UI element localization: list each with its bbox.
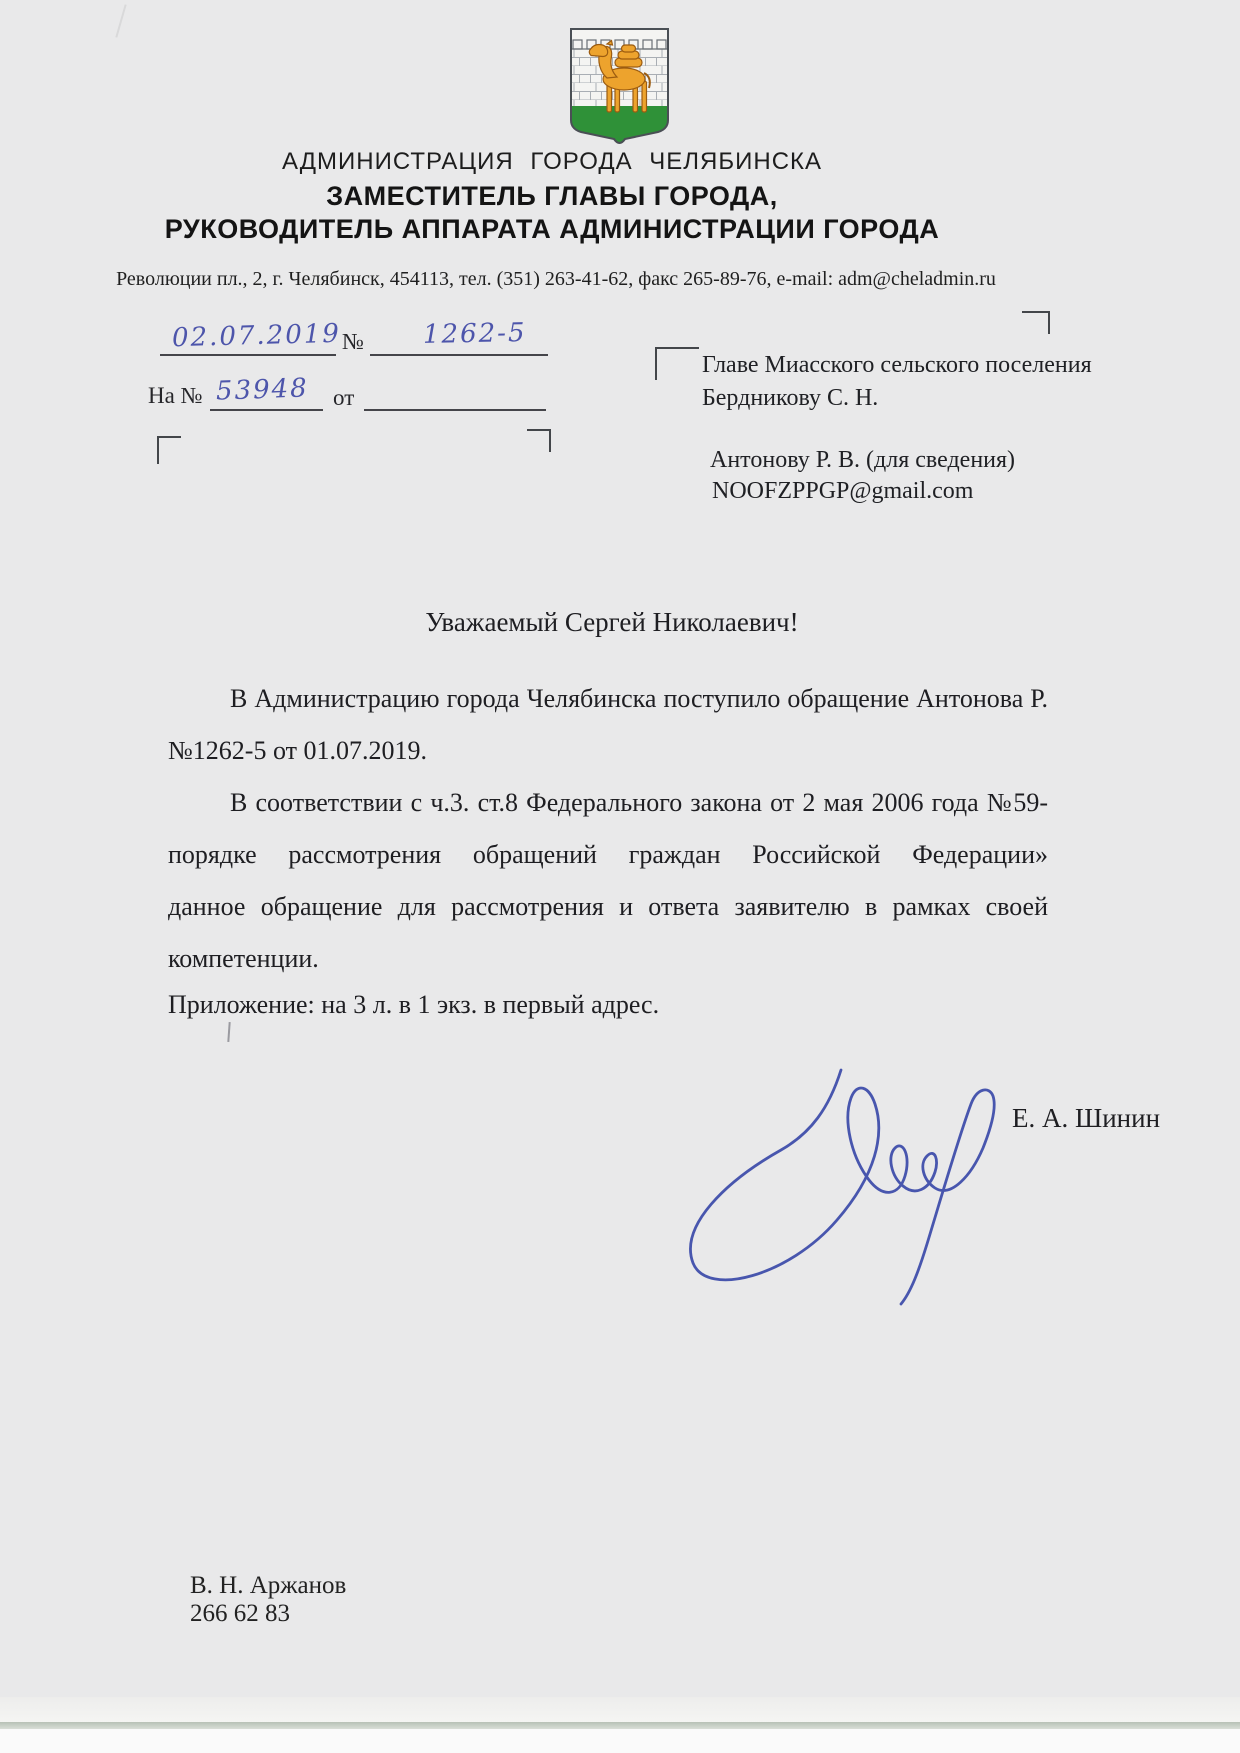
number-underline (370, 354, 548, 356)
scanner-background (0, 1729, 1240, 1753)
from-label: от (333, 385, 354, 411)
office-title-line2: РУКОВОДИТЕЛЬ АППАРАТА АДМИНИСТРАЦИИ ГОРО… (0, 214, 1104, 245)
incoming-number-underline (210, 409, 323, 411)
outgoing-date-handwritten: 02.07.2019 (172, 319, 342, 353)
executor-name: В. Н. Аржанов (190, 1572, 346, 1600)
incoming-label: На № (148, 383, 203, 409)
address-zone-corner-right (527, 429, 551, 452)
body-line: №1262-5 от 01.07.2019. (168, 736, 427, 768)
signatory-name: Е. А. Шинин (1012, 1103, 1160, 1134)
recipient-zone-corner-left (655, 347, 699, 380)
copy-recipient-line: Антонову Р. В. (для сведения) (710, 447, 1015, 474)
stray-pen-mark (227, 1022, 230, 1042)
paper-edge-line (0, 1722, 1240, 1729)
paper-bottom-strip (0, 1697, 1240, 1723)
paper-crease-artifact (115, 4, 126, 37)
date-underline (160, 354, 336, 356)
handwritten-signature (635, 1048, 1035, 1318)
number-sign-label: № (342, 329, 364, 355)
incoming-number-handwritten: 53948 (216, 373, 310, 406)
body-line: порядке рассмотрения обращений граждан Р… (168, 840, 1048, 872)
attachment-note: Приложение: на 3 л. в 1 экз. в первый ад… (168, 990, 659, 1022)
from-date-underline (364, 409, 546, 411)
contact-line: Революции пл., 2, г. Челябинск, 454113, … (0, 268, 1112, 291)
body-line: В соответствии с ч.3. ст.8 Федерального … (230, 788, 1048, 820)
copy-recipient-email: NOOFZPPGP@gmail.com (712, 478, 973, 505)
body-line: данное обращение для рассмотрения и отве… (168, 892, 1048, 924)
executor-phone: 266 62 83 (190, 1600, 290, 1628)
address-zone-corner-left (157, 436, 181, 464)
salutation: Уважаемый Сергей Николаевич! (0, 607, 1224, 638)
recipient-line1: Главе Миасского сельского поселения (702, 352, 1092, 379)
body-line: компетенции. (168, 944, 319, 976)
recipient-line2: Бердникову С. Н. (702, 385, 878, 412)
office-title-line1: ЗАМЕСТИТЕЛЬ ГЛАВЫ ГОРОДА, (0, 181, 1104, 212)
org-name: АДМИНИСТРАЦИЯ ГОРОДА ЧЕЛЯБИНСКА (0, 148, 1104, 176)
scanned-letter-page: АДМИНИСТРАЦИЯ ГОРОДА ЧЕЛЯБИНСКА ЗАМЕСТИТ… (0, 0, 1240, 1753)
outgoing-number-handwritten: 1262-5 (423, 318, 527, 350)
recipient-zone-corner-right (1022, 311, 1050, 334)
coat-of-arms-icon (563, 27, 676, 147)
body-line: В Администрацию города Челябинска поступ… (230, 684, 1048, 716)
